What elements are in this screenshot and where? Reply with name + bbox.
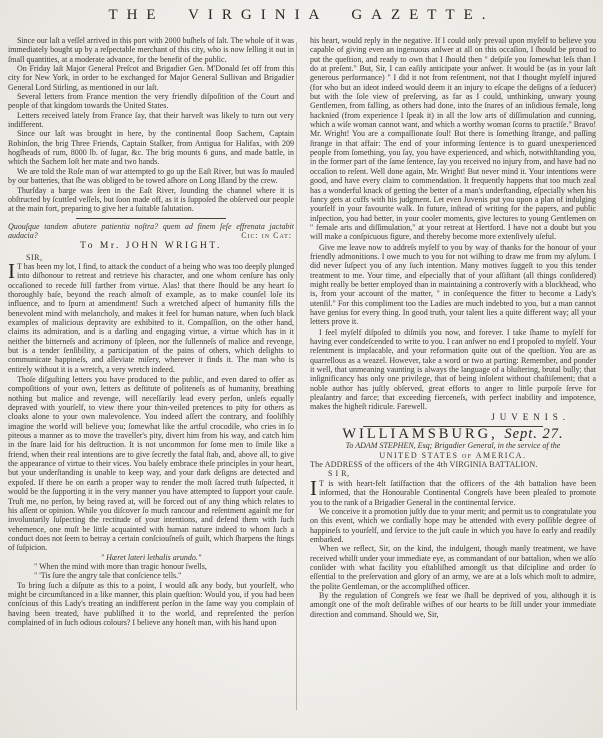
epigraph-attribution: Cic: in Cat: xyxy=(241,231,292,240)
news-paragraph: On Friday laſt Major General Preſcot and… xyxy=(8,64,294,92)
letter-paragraph: Give me leave now to addreſs myſelf to y… xyxy=(310,243,596,327)
address-title-line: The ADDRESS of the officers of the 4th V… xyxy=(310,460,596,469)
verse-quote-line: " When the mind with more than tragic ho… xyxy=(34,562,294,571)
letter-heading: To Mr. JOHN WRIGHT. xyxy=(8,242,294,251)
news-paragraph: Since our laſt a veſſel arrived in this … xyxy=(8,36,294,64)
section-divider-rule xyxy=(76,218,226,219)
dateline-date: Sept. 27. xyxy=(504,426,563,442)
letter-paragraph: IT has been my lot, I find, to attack th… xyxy=(8,262,294,374)
letter-signature: JUVENIS. xyxy=(310,413,570,422)
letter-paragraph-text: T has been my lot, I find, to attack the… xyxy=(8,262,294,374)
latin-quote: " Hæret lateri lethalis arundo." xyxy=(8,553,294,562)
page-columns: Since our laſt a veſſel arrived in this … xyxy=(8,36,597,726)
masthead-title: THE VIRGINIA GAZETTE. xyxy=(0,7,603,24)
news-paragraph: Since our laſt was brought in here, by t… xyxy=(8,129,294,166)
letter-salutation: SIR, xyxy=(26,253,294,262)
verse-quote-line: " 'Tis ſure the angry tale that conſcien… xyxy=(34,571,294,580)
right-column: his heart, would reply in the negative. … xyxy=(310,36,596,726)
letter-paragraph: Thoſe diſguſting letters you have produc… xyxy=(8,375,294,553)
news-paragraph: Letters received lately from France ſay,… xyxy=(8,111,294,130)
dateline-city: WILLIAMSBURG, xyxy=(342,426,497,442)
address-paragraph: When we reflect, Sir, on the kind, the i… xyxy=(310,544,596,591)
letter-continuation-paragraph: his heart, would reply in the negative. … xyxy=(310,36,596,242)
news-paragraph: Several letters from France mention the … xyxy=(8,92,294,111)
news-paragraph: We are told the Roſe man of war attempte… xyxy=(8,167,294,186)
letter-paragraph: I feel myſelf diſpoſed to diſmiſs you no… xyxy=(310,328,596,412)
address-paragraph-text: T is with heart-felt ſatiſfaction that t… xyxy=(310,479,596,507)
address-salutation: S I R, xyxy=(328,469,596,478)
newspaper-page: { "masthead": { "title": "THE VIRGINIA G… xyxy=(0,0,603,738)
address-recipient-line: To ADAM STEPHEN, Esq; Brigadier General,… xyxy=(310,441,596,450)
address-paragraph: We conceive it a promotion juſtly due to… xyxy=(310,507,596,544)
drop-cap: I xyxy=(8,262,17,280)
address-paragraph: By the regulation of Congreſs we fear we… xyxy=(310,591,596,619)
drop-cap: I xyxy=(310,479,319,497)
latin-epigraph: Quouſque tandem abutere patientia noſtra… xyxy=(8,222,294,241)
left-column: Since our laſt a veſſel arrived in this … xyxy=(8,36,294,726)
address-states-line: UNITED STATES of AMERICA. xyxy=(310,451,596,460)
address-paragraph: IT is with heart-felt ſatiſfaction that … xyxy=(310,479,596,507)
williamsburg-dateline: WILLIAMSBURG, Sept. 27. xyxy=(310,430,596,439)
news-paragraph: Thurſday a barge was ſeen in the Eaſt Ri… xyxy=(8,186,294,214)
letter-paragraph: To bring ſuch a diſpute as this to a poi… xyxy=(8,581,294,628)
